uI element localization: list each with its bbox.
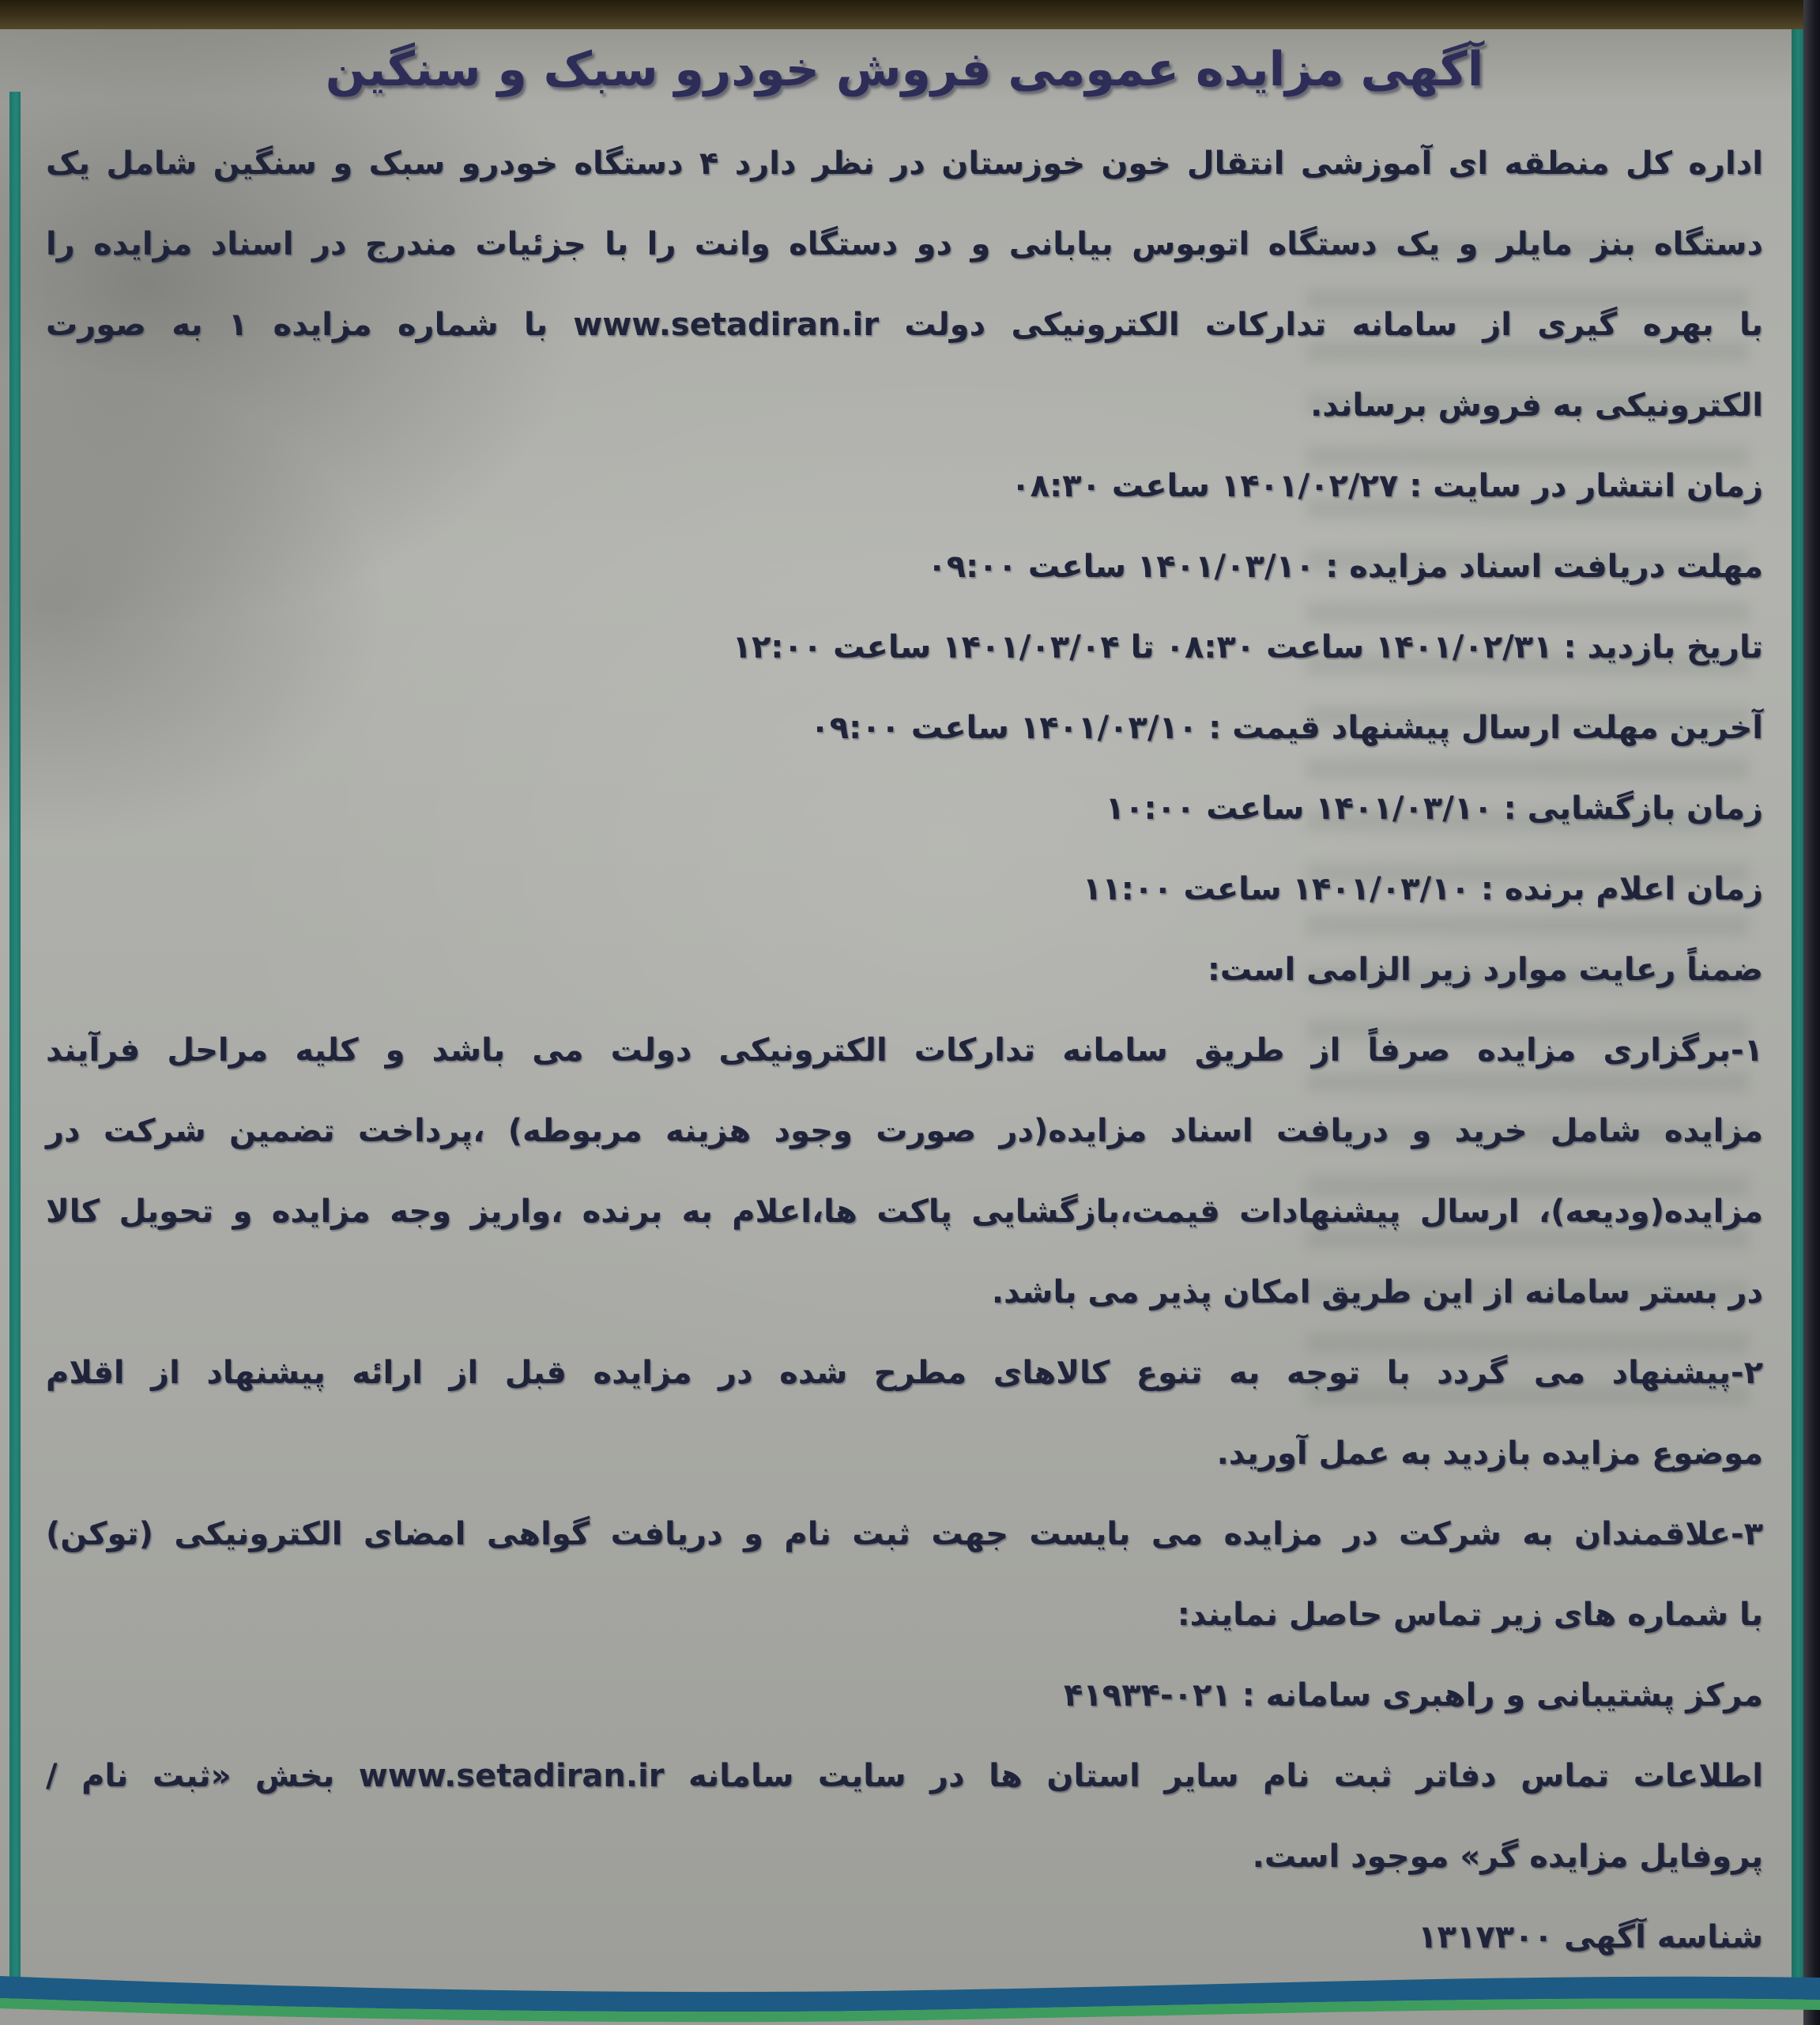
clause1-line-3: مزایده(ودیعه)، ارسال پیشنهادات قیمت،بازگ… — [46, 1171, 1763, 1252]
ad-content: آگهی مزایده عمومی فروش خودرو سبک و سنگین… — [46, 27, 1763, 1978]
right-scan-edge — [1803, 0, 1820, 2025]
clause1-line-2: مزایده شامل خرید و دریافت اسناد مزایده(د… — [46, 1091, 1763, 1171]
intro-line-4: الکترونیکی به فروش برساند. — [46, 365, 1763, 446]
left-border-line — [9, 92, 21, 1984]
clause2-line-1: ۲-پیشنهاد می گردد با توجه به تنوع کالاها… — [46, 1333, 1763, 1413]
contact-support-center: مرکز پشتیبانی و راهبری سامانه : ۰۲۱-۴۱۹۳… — [46, 1655, 1763, 1736]
clause1-line-1: ۱-برگزاری مزایده صرفاً از طریق سامانه تد… — [46, 1010, 1763, 1091]
intro-line-2: دستگاه بنز مایلر و یک دستگاه اتوبوس بیاب… — [46, 204, 1763, 285]
clause3-line-1: ۳-علاقمندان به شرکت در مزایده می بایست ج… — [46, 1494, 1763, 1574]
schedule-docs-deadline: مهلت دریافت اسناد مزایده : ۱۴۰۱/۰۳/۱۰ سا… — [46, 526, 1763, 607]
schedule-bid-deadline: آخرین مهلت ارسال پیشنهاد قیمت : ۱۴۰۱/۰۳/… — [46, 688, 1763, 768]
bottom-scan-band — [0, 1954, 1820, 2025]
newspaper-auction-ad: آگهی مزایده عمومی فروش خودرو سبک و سنگین… — [0, 0, 1820, 2025]
schedule-winner: زمان اعلام برنده : ۱۴۰۱/۰۳/۱۰ ساعت ۱۱:۰۰ — [46, 849, 1763, 930]
intro-line-3: با بهره گیری از سامانه تدارکات الکترونیک… — [46, 285, 1763, 365]
contact-offices-line-1: اطلاعات تماس دفاتر ثبت نام سایر استان ها… — [46, 1736, 1763, 1816]
contact-offices-line-2: پروفایل مزایده گر» موجود است. — [46, 1816, 1763, 1897]
right-border-line — [1792, 29, 1803, 1998]
requirements-heading: ضمناً رعایت موارد زیر الزامی است: — [46, 930, 1763, 1010]
schedule-visit: تاریخ بازدید : ۱۴۰۱/۰۲/۳۱ ساعت ۰۸:۳۰ تا … — [46, 607, 1763, 688]
schedule-publish: زمان انتشار در سایت : ۱۴۰۱/۰۲/۲۷ ساعت ۰۸… — [46, 446, 1763, 526]
intro-line-1: اداره کل منطقه ای آموزشی انتقال خون خوزس… — [46, 123, 1763, 204]
clause2-line-2: موضوع مزایده بازدید به عمل آورید. — [46, 1413, 1763, 1494]
top-scan-band — [0, 0, 1820, 29]
schedule-opening: زمان بازگشایی : ۱۴۰۱/۰۳/۱۰ ساعت ۱۰:۰۰ — [46, 768, 1763, 849]
ad-title: آگهی مزایده عمومی فروش خودرو سبک و سنگین — [46, 27, 1763, 123]
clause1-line-4: در بستر سامانه از این طریق امکان پذیر می… — [46, 1252, 1763, 1333]
clause3-line-2: با شماره های زیر تماس حاصل نمایند: — [46, 1574, 1763, 1655]
